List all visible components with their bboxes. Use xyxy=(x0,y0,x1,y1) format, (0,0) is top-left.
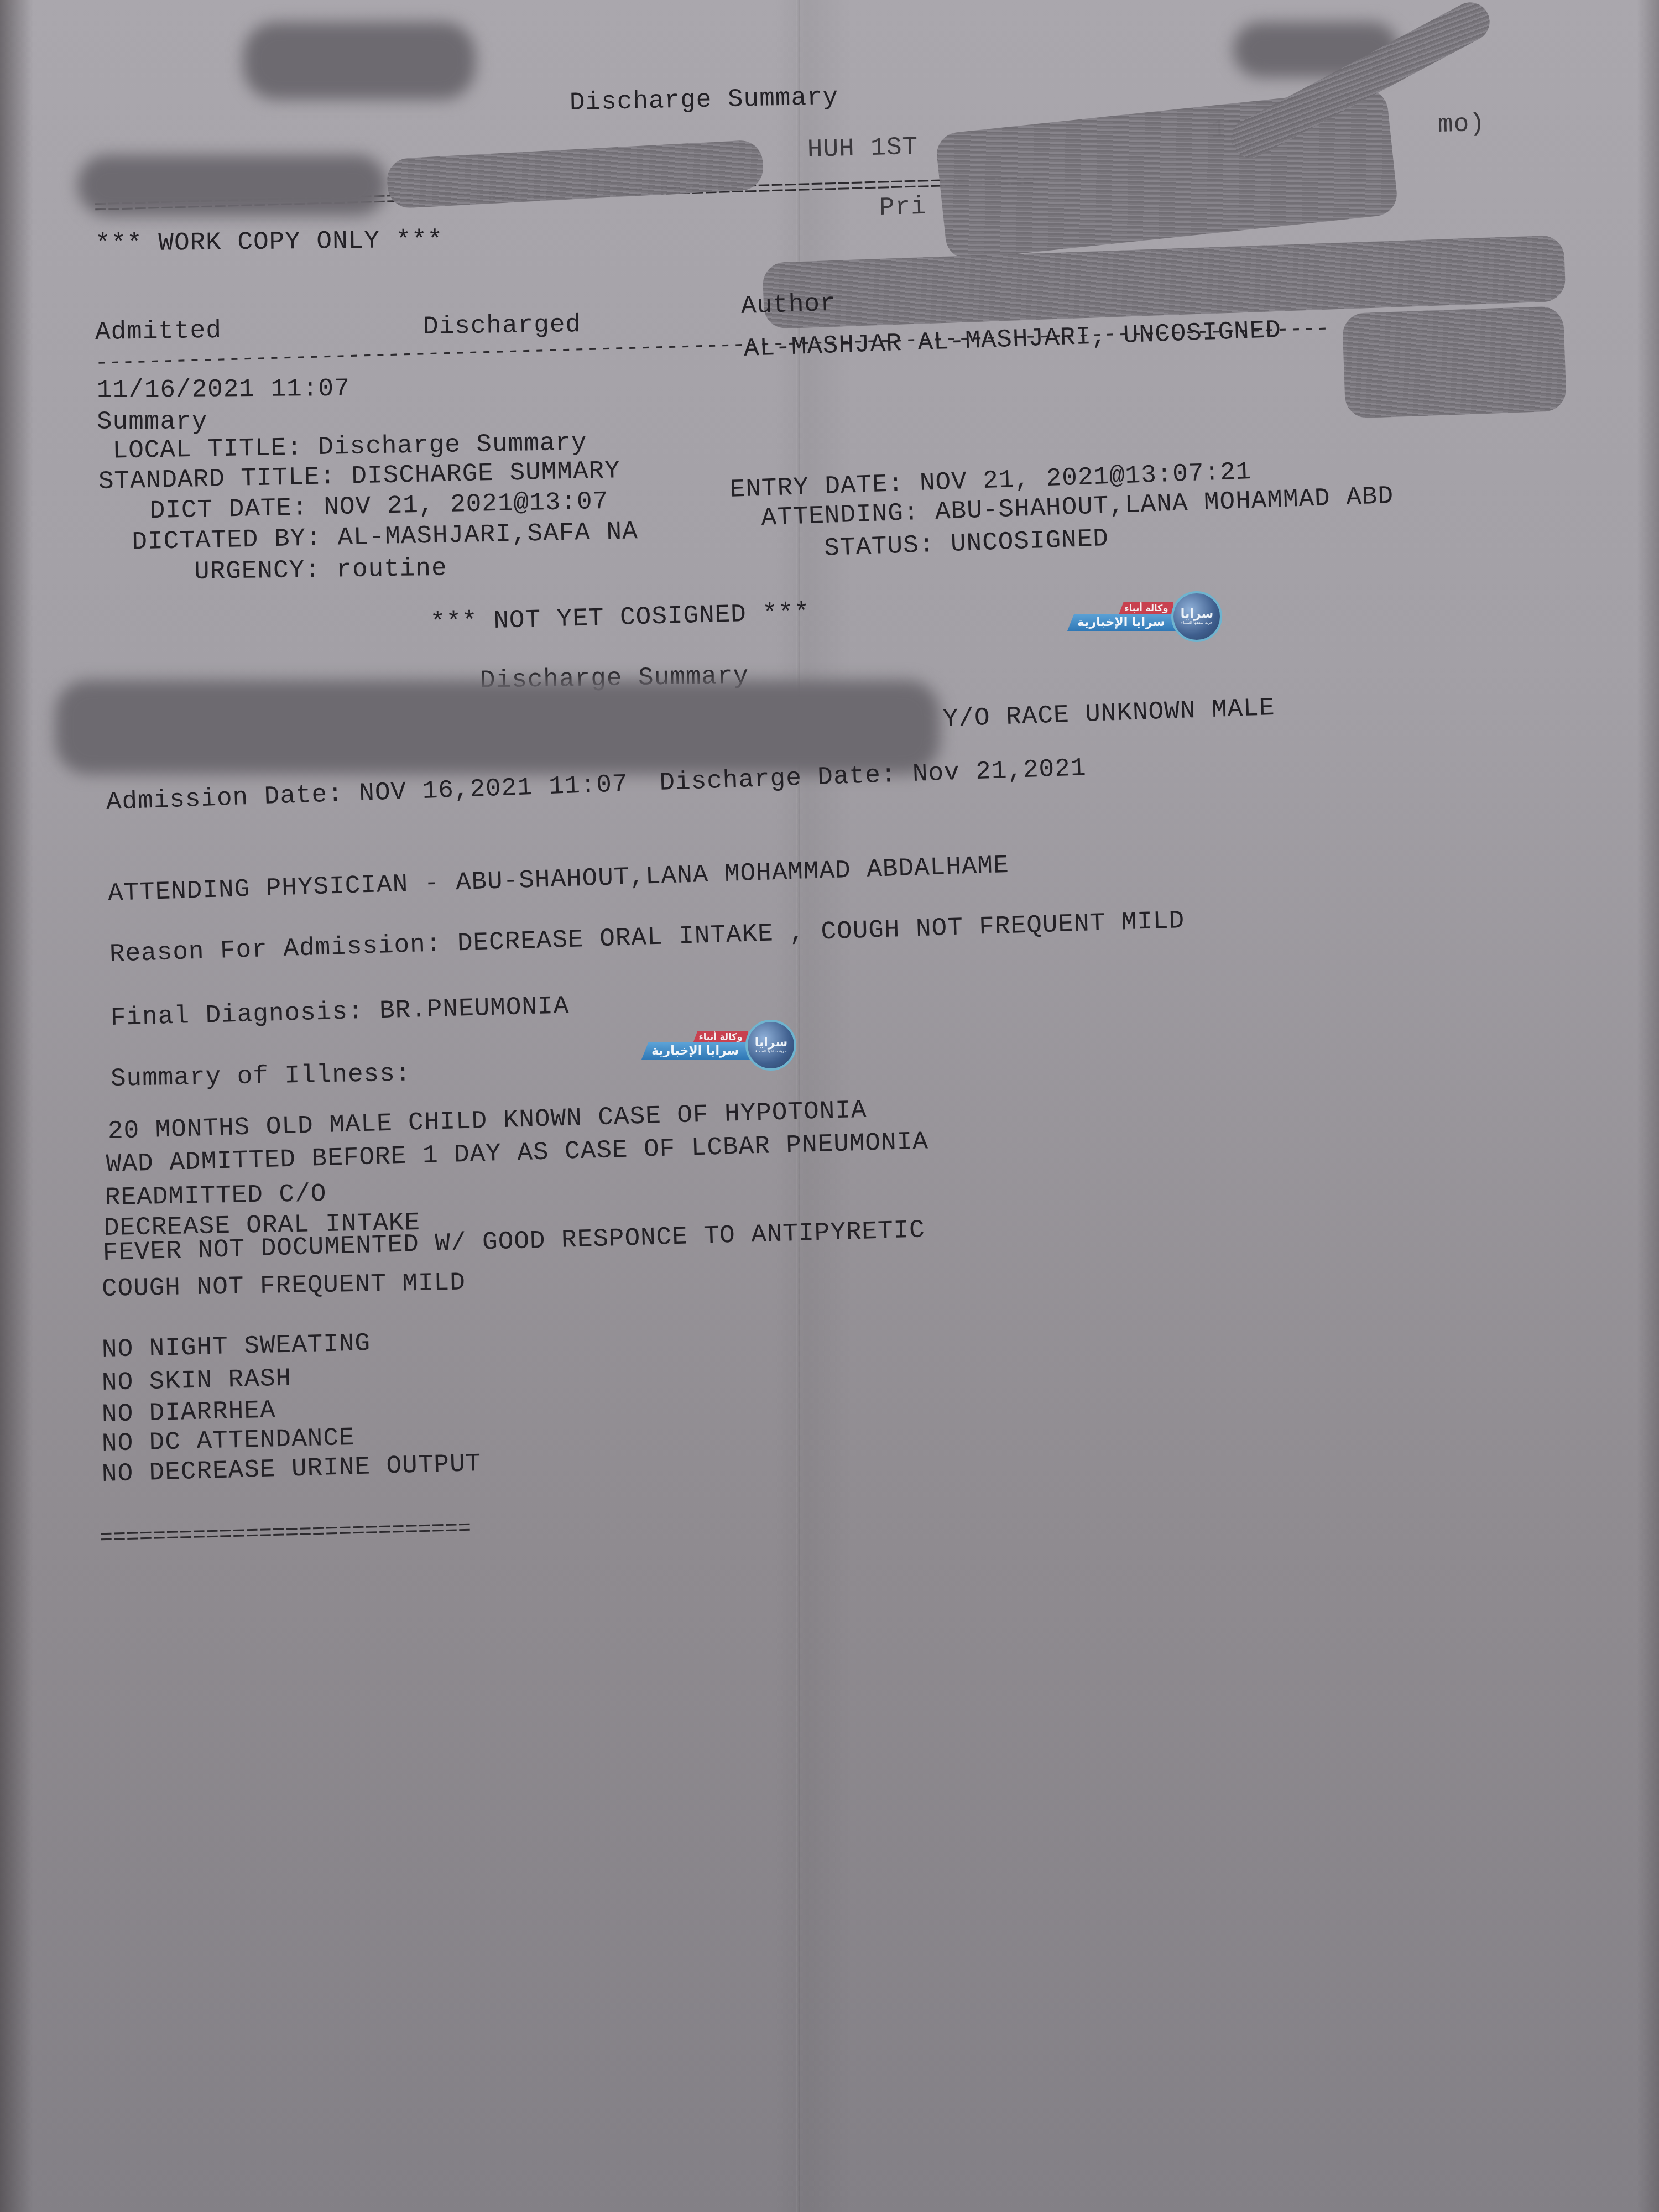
patient-demographics: Y/O RACE UNKNOWN MALE xyxy=(942,693,1275,734)
column-admitted: Admitted xyxy=(95,316,222,347)
news-agency-watermark: وكالة أنباء سرايا الإخبارية سرايا حرية س… xyxy=(1067,592,1222,641)
field-urgency: URGENCY: routine xyxy=(115,554,447,587)
news-agency-watermark: وكالة أنباء سرايا الإخبارية سرايا حرية س… xyxy=(641,1020,796,1070)
final-diagnosis: Final Diagnosis: BR.PNEUMONIA xyxy=(110,992,570,1032)
redaction-blur xyxy=(55,680,940,774)
watermark-logo-text: سرايا xyxy=(755,1037,787,1049)
reason-label: Reason For Admission: xyxy=(109,930,442,969)
attending-physician: ATTENDING PHYSICIAN - ABU-SHAHOUT,LANA M… xyxy=(107,851,1009,908)
illness-line: COUGH NOT FREQUENT MILD xyxy=(102,1269,466,1303)
admission-date-value: NOV 16,2021 11:07 xyxy=(359,770,629,808)
field-value: UNCOSIGNED xyxy=(950,524,1109,559)
column-author: Author xyxy=(740,289,836,321)
field-label: DICT DATE: xyxy=(102,493,308,526)
reason-value: DECREASE ORAL INTAKE , COUGH NOT FREQUEN… xyxy=(457,906,1185,958)
diagnosis-value: BR.PNEUMONIA xyxy=(379,992,570,1025)
negative-finding: NO NIGHT SWEATING xyxy=(101,1329,371,1364)
watermark-name-label: سرايا الإخبارية xyxy=(641,1042,755,1060)
field-label: STATUS: xyxy=(760,530,935,565)
negative-finding: NO DC ATTENDANCE xyxy=(101,1423,355,1458)
column-discharged: Discharged xyxy=(423,310,582,341)
illness-line: READMITTED C/O xyxy=(105,1180,327,1212)
attending-label: ATTENDING PHYSICIAN - xyxy=(107,869,440,908)
field-label: URGENCY: xyxy=(115,556,321,587)
field-label: LOCAL TITLE: xyxy=(97,434,303,466)
admission-date-label: Admission Date: xyxy=(106,780,344,817)
field-label: DICTATED BY: xyxy=(116,524,322,557)
watermark-tagline: حرية سقفها السماء xyxy=(1181,620,1212,625)
field-label: ENTRY DATE: xyxy=(729,469,904,504)
redaction-blur xyxy=(77,155,387,216)
age-unit-fragment: mo) xyxy=(1437,109,1485,139)
facility-fragment: HUH 1ST xyxy=(807,133,919,164)
watermark-tagline: حرية سقفها السماء xyxy=(755,1049,786,1053)
discharge-summary-document: Discharge Summary HUH 1ST 17 mo) =======… xyxy=(0,0,1659,2212)
work-copy-banner: *** WORK COPY ONLY *** xyxy=(95,226,444,258)
summary-of-illness-label: Summary of Illness: xyxy=(111,1060,411,1093)
field-value: NOV 21, 2021@13:07 xyxy=(324,487,609,522)
redaction-blur xyxy=(243,22,476,100)
printed-fragment: Pri xyxy=(879,192,927,222)
note-type: Summary xyxy=(97,408,207,436)
field-label: ATTENDING: xyxy=(745,498,920,533)
admitted-datetime: 11/16/2021 11:07 xyxy=(97,374,350,405)
globe-logo-icon: سرايا حرية سقفها السماء xyxy=(1171,591,1222,642)
field-value: Discharge Summary xyxy=(318,429,587,462)
watermark-agency-label: وكالة أنباء xyxy=(1119,602,1174,614)
reason-for-admission: Reason For Admission: DECREASE ORAL INTA… xyxy=(109,906,1185,969)
field-value: AL-MASHJARI,SAFA NA xyxy=(337,517,638,552)
watermark-logo-text: سرايا xyxy=(1181,608,1213,620)
negative-finding: NO SKIN RASH xyxy=(101,1364,291,1397)
negative-finding: NO DIARRHEA xyxy=(101,1396,276,1429)
field-label: STANDARD TITLE: xyxy=(98,462,336,496)
diagnosis-label: Final Diagnosis: xyxy=(110,997,364,1032)
field-value: DISCHARGE SUMMARY xyxy=(351,456,620,491)
watermark-name-label: سرايا الإخبارية xyxy=(1067,614,1181,631)
end-rule: ============================ xyxy=(99,1512,630,1551)
globe-logo-icon: سرايا حرية سقفها السماء xyxy=(745,1020,796,1071)
document-title: Discharge Summary xyxy=(569,83,838,117)
watermark-agency-label: وكالة أنباء xyxy=(693,1031,748,1042)
attending-value: ABU-SHAHOUT,LANA MOHAMMAD ABDALHAME xyxy=(455,851,1009,897)
discharge-date-value: Nov 21,2021 xyxy=(912,754,1087,789)
field-value: routine xyxy=(336,554,447,585)
not-cosigned-banner: *** NOT YET COSIGNED *** xyxy=(430,598,810,637)
